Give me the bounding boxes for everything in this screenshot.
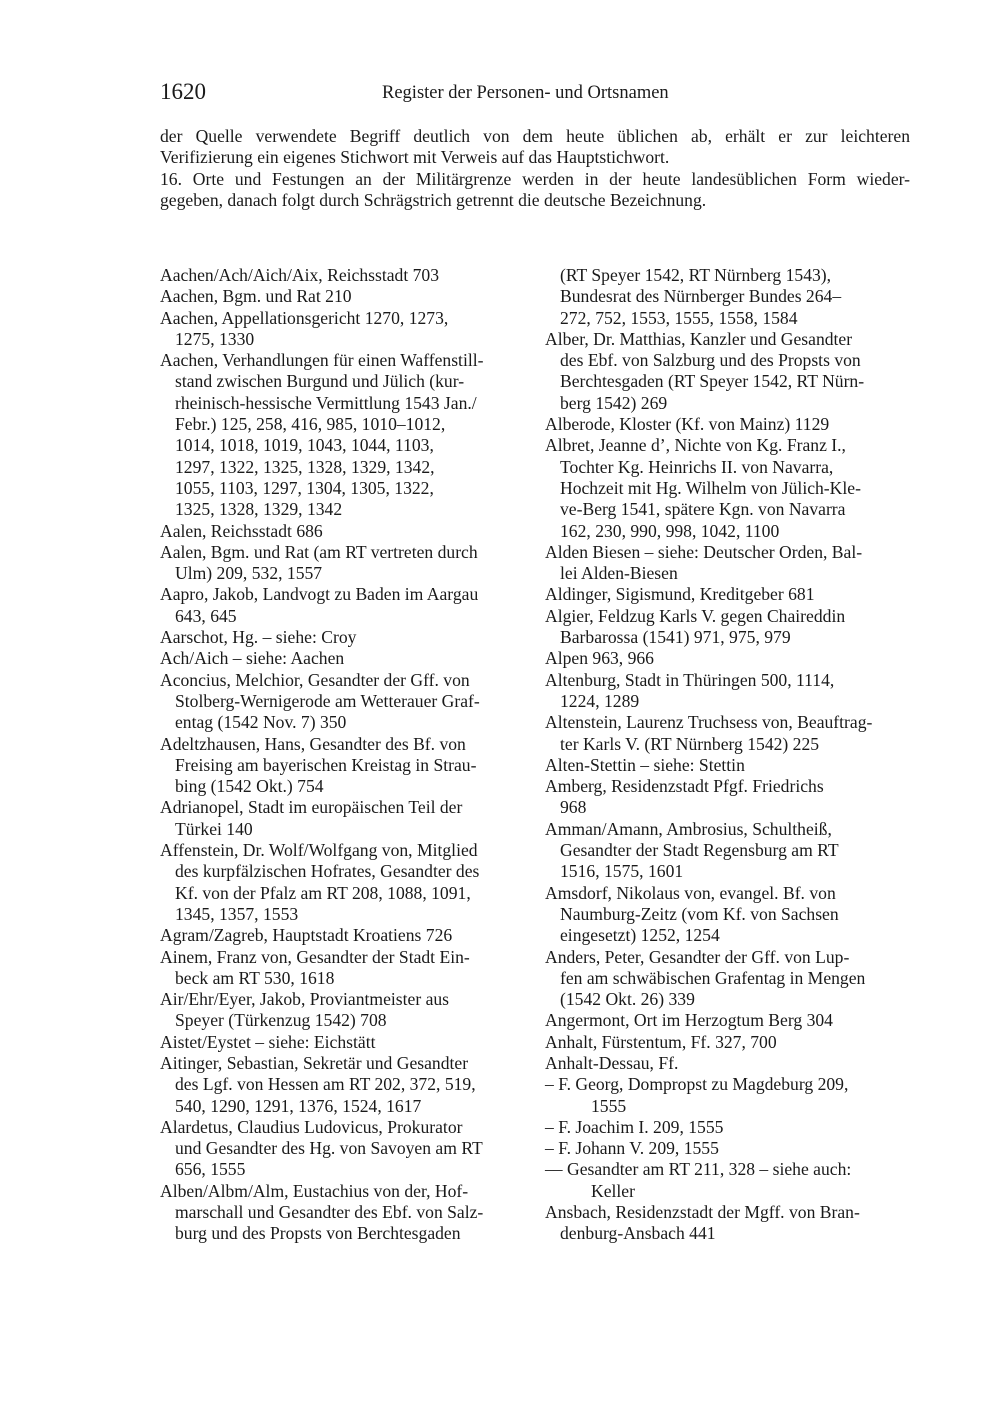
index-entry-heading: –– Gesandter am RT 211, 328 – siehe auch… <box>545 1159 905 1180</box>
index-entry: Aachen, Bgm. und Rat 210 <box>160 286 520 307</box>
index-entry: –– Gesandter am RT 211, 328 – siehe auch… <box>545 1159 905 1202</box>
index-entry: Amman/Amann, Ambrosius, Schultheiß,Gesan… <box>545 819 905 883</box>
index-entry-heading: Adeltzhausen, Hans, Gesandter des Bf. vo… <box>160 734 520 755</box>
index-entry-heading: Alben/Albm/Alm, Eustachius von der, Hof- <box>160 1181 520 1202</box>
index-entry: Algier, Feldzug Karls V. gegen Chaireddi… <box>545 606 905 649</box>
index-entry-heading: Aconcius, Melchior, Gesandter der Gff. v… <box>160 670 520 691</box>
index-entry-continuation: des Ebf. von Salzburg und des Propsts vo… <box>545 350 905 371</box>
index-entry: Amberg, Residenzstadt Pfgf. Friedrichs96… <box>545 776 905 819</box>
index-entry-continuation: 1055, 1103, 1297, 1304, 1305, 1322, <box>160 478 520 499</box>
index-entry-heading: Aachen, Appellationsgericht 1270, 1273, <box>160 308 520 329</box>
index-entry: Anhalt, Fürstentum, Ff. 327, 700 <box>545 1032 905 1053</box>
index-entry-continuation: des Lgf. von Hessen am RT 202, 372, 519, <box>160 1074 520 1095</box>
index-entry-continuation: 272, 752, 1553, 1555, 1558, 1584 <box>545 308 905 329</box>
index-entry-continuation: Keller <box>545 1181 905 1202</box>
index-entry-continuation: Naumburg-Zeitz (vom Kf. von Sachsen <box>545 904 905 925</box>
index-entry-heading: – F. Georg, Dompropst zu Magdeburg 209, <box>545 1074 905 1095</box>
index-entry: Aitinger, Sebastian, Sekretär und Gesand… <box>160 1053 520 1117</box>
index-entry: Air/Ehr/Eyer, Jakob, Proviantmeister aus… <box>160 989 520 1032</box>
index-entry: Ansbach, Residenzstadt der Mgff. von Bra… <box>545 1202 905 1245</box>
index-entry-continuation: 1014, 1018, 1019, 1043, 1044, 1103, <box>160 435 520 456</box>
index-entry-continuation: Stolberg-Wernigerode am Wetterauer Graf- <box>160 691 520 712</box>
index-entry: Aalen, Reichsstadt 686 <box>160 521 520 542</box>
index-entry-heading: Aachen/Ach/Aich/Aix, Reichsstadt 703 <box>160 265 520 286</box>
index-column-right: (RT Speyer 1542, RT Nürnberg 1543),Bunde… <box>545 265 905 1245</box>
index-entry-continuation: ve-Berg 1541, spätere Kgn. von Navarra <box>545 499 905 520</box>
index-entry: Alberode, Kloster (Kf. von Mainz) 1129 <box>545 414 905 435</box>
index-entry-continuation: 540, 1290, 1291, 1376, 1524, 1617 <box>160 1096 520 1117</box>
index-entry: Aarschot, Hg. – siehe: Croy <box>160 627 520 648</box>
intro-paragraph: der Quelle verwendete Begriff deutlich v… <box>160 126 910 212</box>
index-entry-continuation: 1275, 1330 <box>160 329 520 350</box>
index-entry-heading: Aalen, Reichsstadt 686 <box>160 521 520 542</box>
index-entry: Affenstein, Dr. Wolf/Wolfgang von, Mitgl… <box>160 840 520 925</box>
index-entry-heading: – F. Johann V. 209, 1555 <box>545 1138 905 1159</box>
index-entry: Aachen/Ach/Aich/Aix, Reichsstadt 703 <box>160 265 520 286</box>
index-entry-continuation: Hochzeit mit Hg. Wilhelm von Jülich-Kle- <box>545 478 905 499</box>
index-entry-heading: Aarschot, Hg. – siehe: Croy <box>160 627 520 648</box>
index-entry-continuation: 1516, 1575, 1601 <box>545 861 905 882</box>
index-entry-continuation: entag (1542 Nov. 7) 350 <box>160 712 520 733</box>
index-entry-continuation: 1345, 1357, 1553 <box>160 904 520 925</box>
index-entry-continuation: beck am RT 530, 1618 <box>160 968 520 989</box>
index-entry-continuation: denburg-Ansbach 441 <box>545 1223 905 1244</box>
index-entry-heading: Amberg, Residenzstadt Pfgf. Friedrichs <box>545 776 905 797</box>
index-entry: Altenstein, Laurenz Truchsess von, Beauf… <box>545 712 905 755</box>
index-entry-heading: Alberode, Kloster (Kf. von Mainz) 1129 <box>545 414 905 435</box>
index-entry-heading: Alber, Dr. Matthias, Kanzler und Gesandt… <box>545 329 905 350</box>
index-entry: Altenburg, Stadt in Thüringen 500, 1114,… <box>545 670 905 713</box>
index-entry-continuation: Speyer (Türkenzug 1542) 708 <box>160 1010 520 1031</box>
index-entry-continuation: 1297, 1322, 1325, 1328, 1329, 1342, <box>160 457 520 478</box>
intro-line: der Quelle verwendete Begriff deutlich v… <box>160 126 910 147</box>
index-entry-continuation: 1224, 1289 <box>545 691 905 712</box>
index-entry-heading: – F. Joachim I. 209, 1555 <box>545 1117 905 1138</box>
index-entry-continuation: Berchtesgaden (RT Speyer 1542, RT Nürn- <box>545 371 905 392</box>
index-entry-heading: Ainem, Franz von, Gesandter der Stadt Ei… <box>160 947 520 968</box>
index-entry-heading: Aapro, Jakob, Landvogt zu Baden im Aarga… <box>160 584 520 605</box>
index-entry: Aalen, Bgm. und Rat (am RT vertreten dur… <box>160 542 520 585</box>
index-entry-heading: Air/Ehr/Eyer, Jakob, Proviantmeister aus <box>160 989 520 1010</box>
index-entry-heading: Altenstein, Laurenz Truchsess von, Beauf… <box>545 712 905 733</box>
index-entry: Amsdorf, Nikolaus von, evangel. Bf. vonN… <box>545 883 905 947</box>
index-entry: Adrianopel, Stadt im europäischen Teil d… <box>160 797 520 840</box>
index-entry: Alardetus, Claudius Ludovicus, Prokurato… <box>160 1117 520 1181</box>
index-entry-continuation: burg und des Propsts von Berchtesgaden <box>160 1223 520 1244</box>
index-entry-continuation: eingesetzt) 1252, 1254 <box>545 925 905 946</box>
index-entry-continuation: lei Alden-Biesen <box>545 563 905 584</box>
index-entry: – F. Georg, Dompropst zu Magdeburg 209,1… <box>545 1074 905 1117</box>
index-entry-continuation: ter Karls V. (RT Nürnberg 1542) 225 <box>545 734 905 755</box>
index-entry-continuation: 1325, 1328, 1329, 1342 <box>160 499 520 520</box>
index-entry-continuation: 968 <box>545 797 905 818</box>
index-entry-heading: Ach/Aich – siehe: Aachen <box>160 648 520 669</box>
index-entry-continuation: Tochter Kg. Heinrichs II. von Navarra, <box>545 457 905 478</box>
index-entry-heading: Aldinger, Sigismund, Kreditgeber 681 <box>545 584 905 605</box>
index-entry-continuation: 656, 1555 <box>160 1159 520 1180</box>
index-entry-heading: Adrianopel, Stadt im europäischen Teil d… <box>160 797 520 818</box>
index-entry-continuation: 162, 230, 990, 998, 1042, 1100 <box>545 521 905 542</box>
index-entry: Aachen, Verhandlungen für einen Waffenst… <box>160 350 520 520</box>
index-entry-heading: Aistet/Eystet – siehe: Eichstätt <box>160 1032 520 1053</box>
index-entry: Albret, Jeanne d’, Nichte von Kg. Franz … <box>545 435 905 541</box>
index-entry-heading: Anhalt-Dessau, Ff. <box>545 1053 905 1074</box>
index-entry-continuation: rheinisch-hessische Vermittlung 1543 Jan… <box>160 393 520 414</box>
index-entry: Alden Biesen – siehe: Deutscher Orden, B… <box>545 542 905 585</box>
index-entry: Agram/Zagreb, Hauptstadt Kroatiens 726 <box>160 925 520 946</box>
index-entry-heading: Altenburg, Stadt in Thüringen 500, 1114, <box>545 670 905 691</box>
index-entry: Alber, Dr. Matthias, Kanzler und Gesandt… <box>545 329 905 414</box>
index-entry-continuation: Barbarossa (1541) 971, 975, 979 <box>545 627 905 648</box>
index-entry-continuation: Ulm) 209, 532, 1557 <box>160 563 520 584</box>
index-entry-continuation: marschall und Gesandter des Ebf. von Sal… <box>160 1202 520 1223</box>
index-entry-continuation: und Gesandter des Hg. von Savoyen am RT <box>160 1138 520 1159</box>
index-entry: Angermont, Ort im Herzogtum Berg 304 <box>545 1010 905 1031</box>
index-entry-heading: Affenstein, Dr. Wolf/Wolfgang von, Mitgl… <box>160 840 520 861</box>
index-entry-continuation: Kf. von der Pfalz am RT 208, 1088, 1091, <box>160 883 520 904</box>
intro-line: 16. Orte und Festungen an der Militärgre… <box>160 169 910 190</box>
index-entry-heading: Aalen, Bgm. und Rat (am RT vertreten dur… <box>160 542 520 563</box>
index-entry: Ach/Aich – siehe: Aachen <box>160 648 520 669</box>
index-entry-heading: Aachen, Verhandlungen für einen Waffenst… <box>160 350 520 371</box>
index-entry: Anders, Peter, Gesandter der Gff. von Lu… <box>545 947 905 1011</box>
index-entry: Alpen 963, 966 <box>545 648 905 669</box>
index-entry-heading: Algier, Feldzug Karls V. gegen Chaireddi… <box>545 606 905 627</box>
index-entry-heading: Angermont, Ort im Herzogtum Berg 304 <box>545 1010 905 1031</box>
index-entry-continuation: 643, 645 <box>160 606 520 627</box>
index-entry: – F. Johann V. 209, 1555 <box>545 1138 905 1159</box>
index-entry: Alben/Albm/Alm, Eustachius von der, Hof-… <box>160 1181 520 1245</box>
index-entry-heading: Anhalt, Fürstentum, Ff. 327, 700 <box>545 1032 905 1053</box>
index-entry-heading: Albret, Jeanne d’, Nichte von Kg. Franz … <box>545 435 905 456</box>
index-entry-continuation: (1542 Okt. 26) 339 <box>545 989 905 1010</box>
index-entry-continuation: Gesandter der Stadt Regensburg am RT <box>545 840 905 861</box>
page-number: 1620 <box>160 78 206 106</box>
index-entry-continuation: Freising am bayerischen Kreistag in Stra… <box>160 755 520 776</box>
index-entry-continuation: stand zwischen Burgund und Jülich (kur- <box>160 371 520 392</box>
index-entry-heading: Alten-Stettin – siehe: Stettin <box>545 755 905 776</box>
index-entry-continuation: Bundesrat des Nürnberger Bundes 264– <box>545 286 905 307</box>
index-entry: Aachen, Appellationsgericht 1270, 1273,1… <box>160 308 520 351</box>
index-entry-heading: Amman/Amann, Ambrosius, Schultheiß, <box>545 819 905 840</box>
index-entry-continuation: Febr.) 125, 258, 416, 985, 1010–1012, <box>160 414 520 435</box>
index-entry-continuation: fen am schwäbischen Grafentag in Mengen <box>545 968 905 989</box>
index-entry-continuation: bing (1542 Okt.) 754 <box>160 776 520 797</box>
index-entry: Alten-Stettin – siehe: Stettin <box>545 755 905 776</box>
index-entry: Anhalt-Dessau, Ff. <box>545 1053 905 1074</box>
index-entry-continuation: (RT Speyer 1542, RT Nürnberg 1543), <box>545 265 905 286</box>
index-entry-heading: Alden Biesen – siehe: Deutscher Orden, B… <box>545 542 905 563</box>
index-entry: – F. Joachim I. 209, 1555 <box>545 1117 905 1138</box>
running-title: Register der Personen- und Ortsnamen <box>382 81 669 105</box>
index-entry-heading: Alardetus, Claudius Ludovicus, Prokurato… <box>160 1117 520 1138</box>
index-entry-heading: Amsdorf, Nikolaus von, evangel. Bf. von <box>545 883 905 904</box>
index-entry: (RT Speyer 1542, RT Nürnberg 1543),Bunde… <box>545 265 905 329</box>
intro-line: gegeben, danach folgt durch Schrägstrich… <box>160 190 910 211</box>
index-entry: Aconcius, Melchior, Gesandter der Gff. v… <box>160 670 520 734</box>
index-entry-heading: Agram/Zagreb, Hauptstadt Kroatiens 726 <box>160 925 520 946</box>
index-entry: Adeltzhausen, Hans, Gesandter des Bf. vo… <box>160 734 520 798</box>
index-entry-heading: Alpen 963, 966 <box>545 648 905 669</box>
index-entry-continuation: berg 1542) 269 <box>545 393 905 414</box>
index-entry: Aldinger, Sigismund, Kreditgeber 681 <box>545 584 905 605</box>
index-entry-heading: Anders, Peter, Gesandter der Gff. von Lu… <box>545 947 905 968</box>
index-entry: Aapro, Jakob, Landvogt zu Baden im Aarga… <box>160 584 520 627</box>
index-entry-continuation: Türkei 140 <box>160 819 520 840</box>
index-entry-heading: Aitinger, Sebastian, Sekretär und Gesand… <box>160 1053 520 1074</box>
index-entry: Aistet/Eystet – siehe: Eichstätt <box>160 1032 520 1053</box>
intro-line: Verifizierung ein eigenes Stichwort mit … <box>160 147 910 168</box>
index-entry: Ainem, Franz von, Gesandter der Stadt Ei… <box>160 947 520 990</box>
index-entry-continuation: 1555 <box>545 1096 905 1117</box>
index-entry-continuation: des kurpfälzischen Hofrates, Gesandter d… <box>160 861 520 882</box>
index-entry-heading: Ansbach, Residenzstadt der Mgff. von Bra… <box>545 1202 905 1223</box>
index-entry-heading: Aachen, Bgm. und Rat 210 <box>160 286 520 307</box>
index-column-left: Aachen/Ach/Aich/Aix, Reichsstadt 703Aach… <box>160 265 520 1245</box>
